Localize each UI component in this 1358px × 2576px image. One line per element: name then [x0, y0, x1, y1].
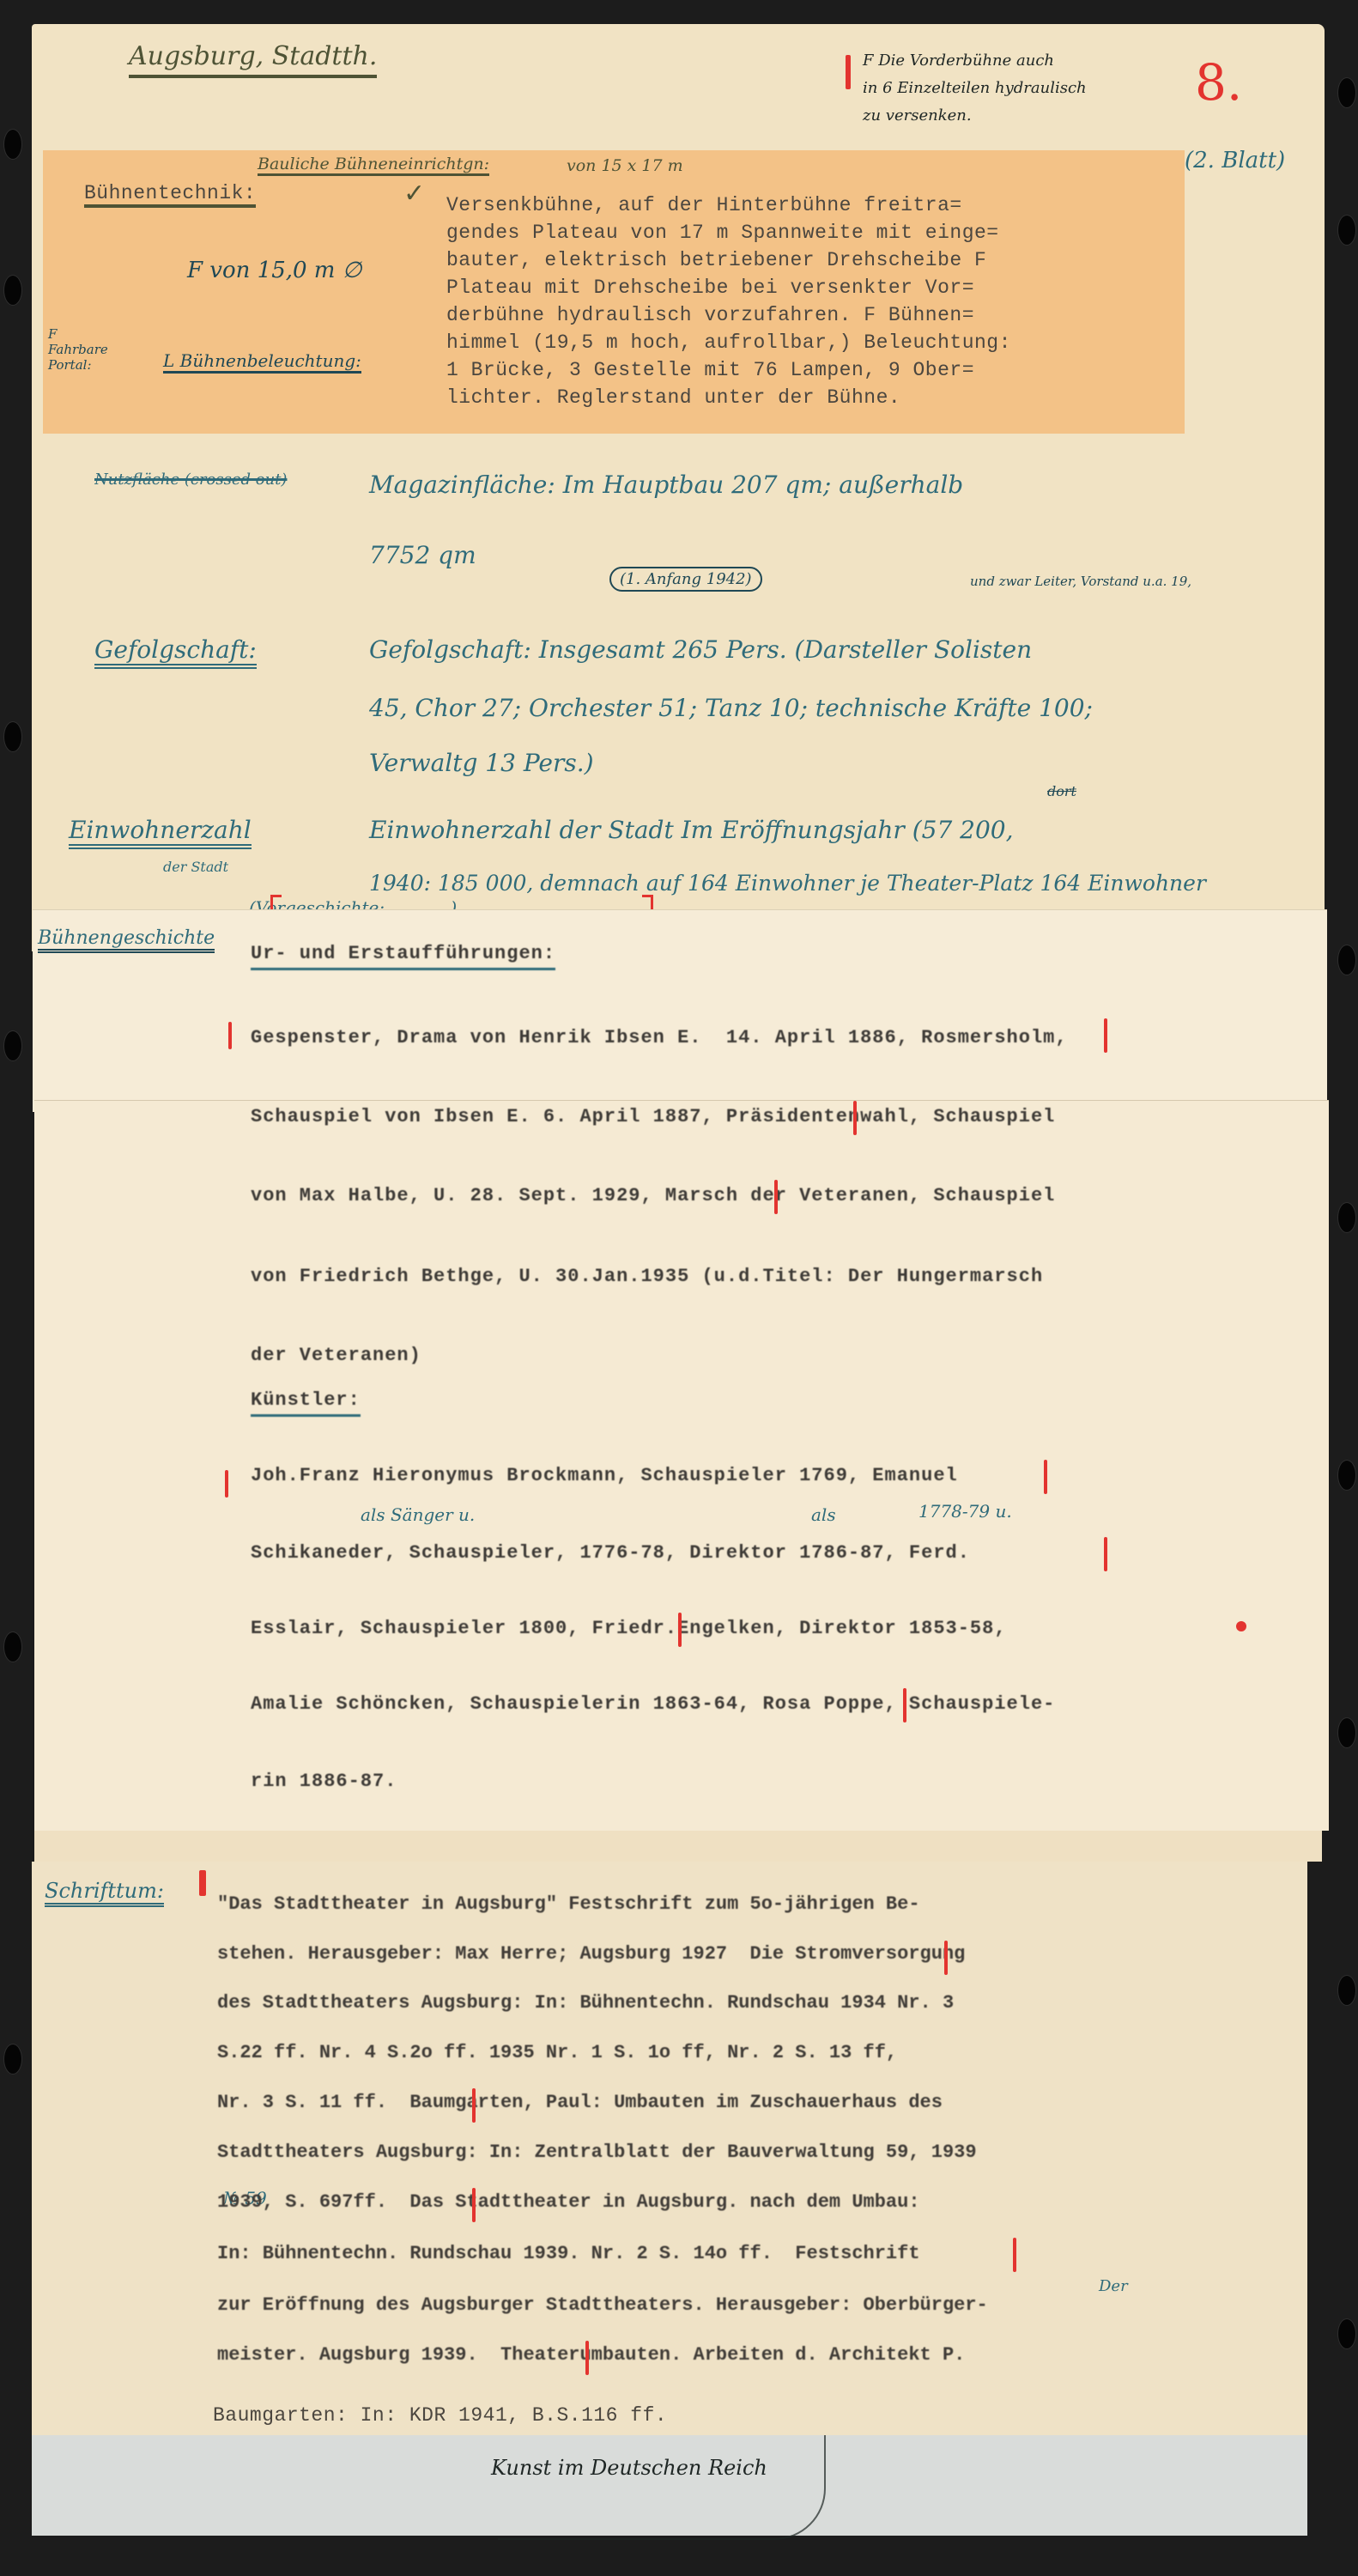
- binder-hole: [3, 275, 22, 306]
- binder-hole: [1337, 215, 1356, 246]
- binder-hole: [1337, 1717, 1356, 1748]
- slip-size-note: von 15 x 17 m: [567, 156, 683, 175]
- ur-line: Schauspiel von Ibsen E. 6. April 1887, P…: [251, 1106, 1055, 1127]
- page-number: 8.: [1195, 53, 1242, 112]
- buehnengeschichte-label: Bühnengeschichte: [38, 927, 215, 953]
- kuenstler-line: Schikaneder, Schauspieler, 1776-78, Dire…: [251, 1542, 970, 1564]
- magazin-text-1: Magazinfläche: Im Hauptbau 207 qm; außer…: [369, 471, 963, 499]
- schrifttum-line: Stadttheaters Augsburg: In: Zentralblatt…: [217, 2142, 977, 2163]
- ur-line: von Friedrich Bethge, U. 30.Jan.1935 (u.…: [251, 1266, 1043, 1287]
- buehnentechnik-label: Bühnentechnik:: [84, 182, 256, 208]
- red-mark: [1013, 2238, 1016, 2272]
- annotation-als: als: [811, 1504, 836, 1525]
- schrifttum-line: "Das Stadttheater in Augsburg" Festschri…: [217, 1893, 920, 1915]
- ur-line: der Veteranen): [251, 1345, 421, 1366]
- ur-heading: Ur- und Erstaufführungen:: [251, 943, 555, 970]
- red-mark: [472, 2188, 476, 2222]
- binder-hole: [1337, 945, 1356, 975]
- red-mark: [472, 2088, 476, 2123]
- red-mark: [228, 1022, 232, 1049]
- note-top-right-2: in 6 Einzelteilen hydraulisch: [863, 79, 1087, 97]
- slip-line: gendes Plateau von 17 m Spannweite mit e…: [446, 222, 999, 244]
- binder-hole: [3, 721, 22, 752]
- binder-hole: [1337, 1202, 1356, 1233]
- slip-line: Plateau mit Drehscheibe bei versenkter V…: [446, 276, 974, 299]
- gefolgschaft-label: Gefolgschaft:: [94, 635, 257, 669]
- kuenstler-line: Joh.Franz Hieronymus Brockmann, Schauspi…: [251, 1465, 958, 1486]
- einwohner-text-1: Einwohnerzahl der Stadt Im Eröffnungsjah…: [369, 816, 1014, 844]
- red-mark: [903, 1688, 906, 1722]
- red-mark: [774, 1180, 778, 1214]
- red-mark: [225, 1470, 228, 1498]
- binder-hole: [3, 1030, 22, 1061]
- schrifttum-line: In: Bühnentechn. Rundschau 1939. Nr. 2 S…: [217, 2243, 920, 2264]
- schrifttum-line: stehen. Herausgeber: Max Herre; Augsburg…: [217, 1943, 965, 1965]
- margin-note-diameter: F von 15,0 m ∅: [187, 258, 361, 283]
- slip-heading-handwritten: Bauliche Bühneneinrichtgn:: [258, 155, 489, 176]
- red-f-mark: [846, 55, 851, 89]
- einwohner-label: Einwohnerzahl: [69, 816, 252, 849]
- red-exclamation: [199, 1870, 206, 1896]
- red-mark: [944, 1941, 948, 1975]
- gefolgschaft-text-2: 45, Chor 27; Orchester 51; Tanz 10; tech…: [369, 694, 1093, 722]
- red-mark: [585, 2341, 589, 2375]
- einwohner-note-above: dort: [1047, 783, 1076, 799]
- slip-line: himmel (19,5 m hoch, aufrollbar,) Beleuc…: [446, 331, 1011, 354]
- kuenstler-line: rin 1886-87.: [251, 1771, 397, 1792]
- kuenstler-heading: Künstler:: [251, 1389, 361, 1417]
- gefolgschaft-text-1: Gefolgschaft: Insgesamt 265 Pers. (Darst…: [369, 635, 1032, 664]
- schrifttum-line: 1939, S. 697ff. Das Stadttheater in Augs…: [217, 2191, 920, 2213]
- annotation-als-saenger: als Sänger u.: [361, 1504, 475, 1525]
- slip-line: derbühne hydraulisch vorzufahren. F Bühn…: [446, 304, 974, 326]
- slip-line: 1 Brücke, 3 Gestelle mit 76 Lampen, 9 Ob…: [446, 359, 974, 381]
- check-mark: ✓: [403, 179, 425, 209]
- magazin-text-2: 7752 qm: [369, 541, 476, 569]
- red-mark: [1104, 1537, 1107, 1571]
- margin-note-beleuchtung: L Bühnenbeleuchtung:: [163, 350, 361, 374]
- title-handwritten: Augsburg, Stadtth.: [129, 41, 377, 78]
- schrifttum-line: meister. Augsburg 1939. Theaterumbauten.…: [217, 2344, 965, 2366]
- binder-hole: [3, 2044, 22, 2075]
- magazin-label: Nutzfläche (crossed out): [94, 471, 326, 489]
- binder-hole: [1337, 77, 1356, 108]
- schrifttum-line: des Stadttheaters Augsburg: In: Bühnente…: [217, 1992, 954, 2014]
- binder-hole: [1337, 2318, 1356, 2349]
- note-der: Der: [1099, 2277, 1128, 2295]
- ur-line: Gespenster, Drama von Henrik Ibsen E. 14…: [251, 1027, 1068, 1048]
- bottom-note-bracket: [498, 2435, 826, 2540]
- einwohner-text-2: 1940: 185 000, demnach auf 164 Einwohner…: [369, 871, 1206, 896]
- binder-hole: [3, 129, 22, 160]
- annotation-years: 1778-79 u.: [918, 1501, 1012, 1522]
- red-mark: [678, 1613, 682, 1647]
- slip-line: lichter. Reglerstand unter der Bühne.: [446, 386, 900, 409]
- gefolgschaft-note-top: (1. Anfang 1942): [609, 567, 762, 592]
- schrifttum-line: S.22 ff. Nr. 4 S.2o ff. 1935 Nr. 1 S. 1o…: [217, 2042, 897, 2063]
- kuenstler-line: Amalie Schöncken, Schauspielerin 1863-64…: [251, 1693, 1055, 1715]
- sheet-note: (2. Blatt): [1185, 148, 1285, 173]
- kuenstler-line: Esslair, Schauspieler 1800, Friedr.Engel…: [251, 1618, 1007, 1639]
- einwohner-sublabel: der Stadt: [163, 859, 228, 875]
- red-mark: [853, 1101, 857, 1135]
- ur-line: von Max Halbe, U. 28. Sept. 1929, Marsch…: [251, 1185, 1055, 1206]
- red-mark: [1044, 1460, 1047, 1494]
- binder-hole: [1337, 1975, 1356, 2006]
- binder-hole: [3, 1631, 22, 1662]
- note-top-right-3: zu versenken.: [863, 106, 972, 125]
- margin-note-portal: F Fahrbare Portal:: [48, 326, 117, 373]
- red-mark: [1236, 1621, 1246, 1631]
- gefolgschaft-note-right: und zwar Leiter, Vorstand u.a. 19,: [970, 574, 1191, 589]
- schrifttum-line: Baumgarten: In: KDR 1941, B.S.116 ff.: [213, 2404, 667, 2427]
- slip-line: bauter, elektrisch betriebener Drehschei…: [446, 249, 986, 271]
- schrifttum-line: zur Eröffnung des Augsburger Stadttheate…: [217, 2294, 988, 2316]
- gefolgschaft-text-3: Verwaltg 13 Pers.): [369, 749, 594, 777]
- red-mark: [1104, 1018, 1107, 1053]
- note-top-right-1: F Die Vorderbühne auch: [863, 52, 1054, 70]
- schrifttum-line: Nr. 3 S. 11 ff. Baumgarten, Paul: Umbaut…: [217, 2092, 943, 2113]
- sheet-underlay: [34, 1831, 1322, 1862]
- sheet-2: [33, 910, 1327, 1112]
- slip-line: Versenkbühne, auf der Hinterbühne freitr…: [446, 194, 962, 216]
- binder-hole: [1337, 1460, 1356, 1491]
- schrifttum-label: Schrifttum:: [45, 1879, 164, 1907]
